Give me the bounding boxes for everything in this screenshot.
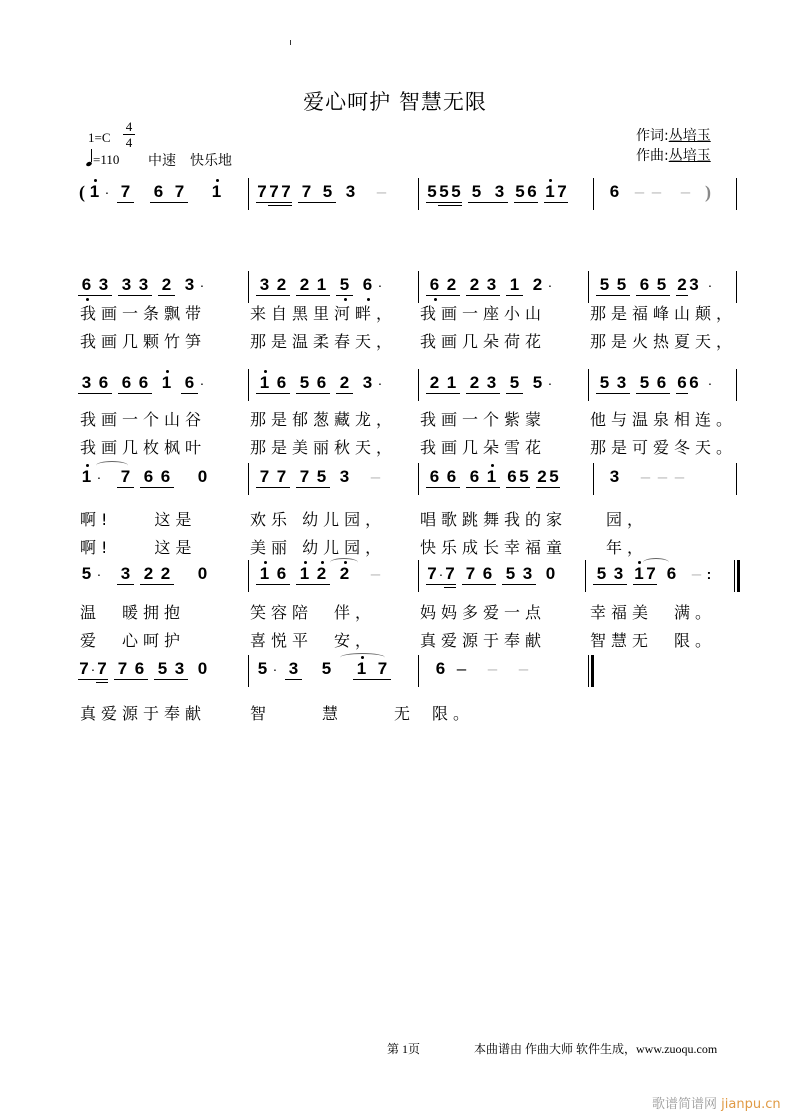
- tempo-words: 中速 快乐地: [148, 150, 232, 170]
- page-number: 第 1页: [387, 1040, 420, 1057]
- page-mark: [290, 40, 291, 45]
- measure: 6–––: [432, 659, 532, 685]
- key-signature: 1=C: [88, 130, 111, 146]
- measure: 21 23 5 5·: [426, 373, 554, 399]
- watermark: 歌谱简谱网 jianpu.cn: [652, 1093, 781, 1112]
- measure: 7·7 76 53 0: [78, 659, 211, 685]
- score-line-2: 63 33 2 3· 32 21 5 6· 62 23 1 2· 55 65 2…: [78, 271, 738, 301]
- generator-note: 本曲谱由 作曲大师 软件生成，www.zuoqu.com: [474, 1040, 717, 1057]
- measure: 53 17 6–:: [593, 564, 713, 590]
- measure: 7·7 76 53 0: [426, 564, 559, 590]
- composer: 作曲:丛培玉: [636, 146, 711, 166]
- score-line-5: 5· 3 22 0 16 12 2– 7·7 76 53 0 53 17 6–:…: [78, 560, 738, 590]
- measure: (1· 7 67 1: [78, 182, 225, 208]
- measure: 777 75 3–: [256, 182, 390, 208]
- repeat-end-barline: [734, 560, 740, 592]
- measure: 555 53 56 17: [426, 182, 574, 208]
- measure: 36 66 1 6·: [78, 373, 206, 399]
- measure: 55 65 23·: [596, 275, 714, 301]
- song-title: 爱心呵护 智慧无限: [0, 86, 790, 116]
- score-line-6: 7·7 76 53 0 5· 3 5 17 6––– 真爱源于奉献 智 慧 无 …: [78, 655, 738, 685]
- measure: 3–––: [606, 467, 688, 493]
- measure: 53 56 66·: [596, 373, 714, 399]
- score-line-4: 1· 7 66 0 77 75 3– 66 61 65 25 3––– 啊! 这…: [78, 463, 738, 493]
- measure: 63 33 2 3·: [78, 275, 206, 301]
- tempo-mark: =110: [86, 151, 119, 168]
- measure: 16 12 2–: [256, 564, 384, 590]
- credits: 作词:丛培玉 作曲:丛培玉: [636, 126, 711, 166]
- score-line-3: 36 66 1 6· 16 56 2 3· 21 23 5 5· 53 56 6…: [78, 369, 738, 399]
- measure: 16 56 2 3·: [256, 373, 384, 399]
- measure: 62 23 1 2·: [426, 275, 554, 301]
- score-line-1: (1· 7 67 1 777 75 3– 555 53 56 17 6–––): [78, 178, 738, 208]
- time-signature: 4 4: [123, 120, 135, 149]
- measure: 1· 7 66 0: [78, 467, 211, 493]
- measure: 77 75 3–: [256, 467, 384, 493]
- measure: 32 21 5 6·: [256, 275, 384, 301]
- measure: 66 61 65 25: [426, 467, 566, 493]
- lyricist: 作词:丛培玉: [636, 126, 711, 146]
- final-barline: [588, 655, 594, 687]
- measure: 5· 3 5 17: [254, 659, 397, 685]
- measure: 5· 3 22 0: [78, 564, 211, 590]
- measure: 6–––): [606, 182, 712, 208]
